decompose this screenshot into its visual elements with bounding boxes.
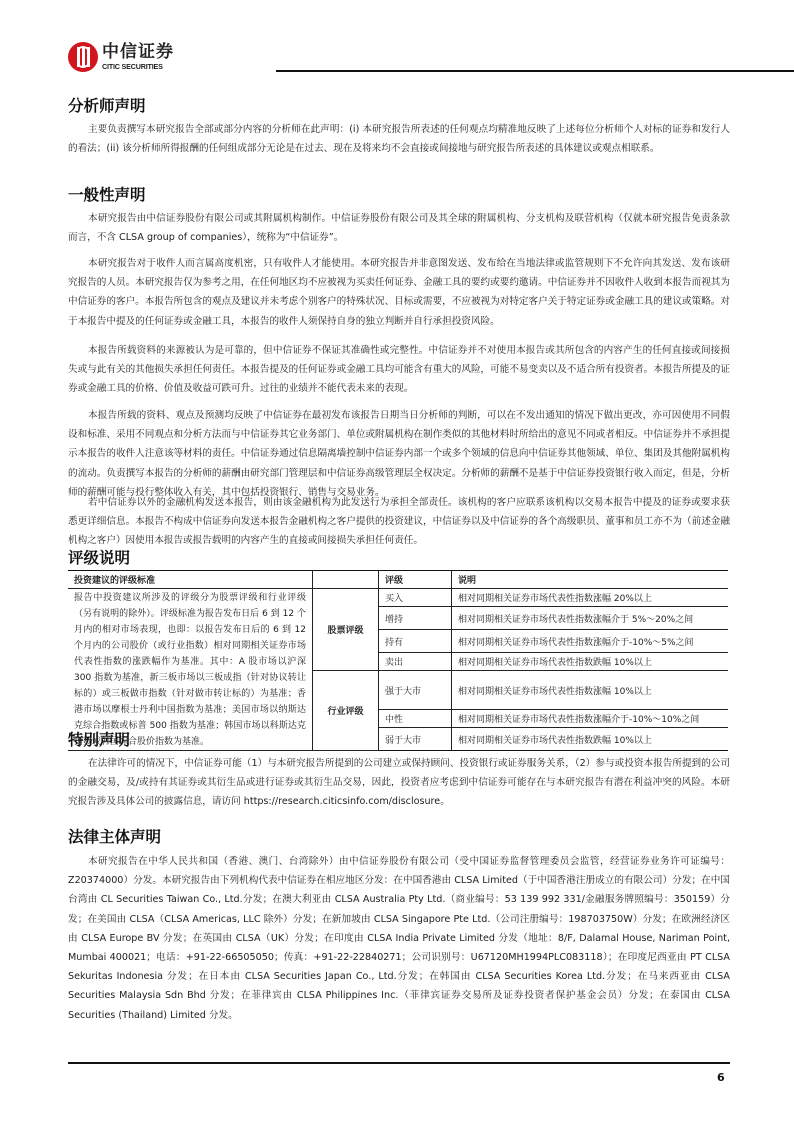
- section-title-rating: 评级说明: [68, 546, 130, 568]
- paragraph: 本研究报告在中华人民共和国（香港、澳门、台湾除外）由中信证券股份有限公司（受中国…: [68, 852, 730, 1025]
- citic-logo: 中信证券 CITIC SECURITIES: [68, 40, 174, 74]
- rating-value: 持有: [379, 630, 452, 653]
- table-header: 投资建议的评级标准: [68, 571, 313, 589]
- rating-description: 相对同期相关证券市场代表性指数跌幅 10%以上: [452, 653, 729, 671]
- rating-value: 强于大市: [379, 671, 452, 710]
- rating-criteria-text: 报告中投资建议所涉及的评级分为股票评级和行业评级（另有说明的除外）。评级标准为报…: [68, 589, 313, 751]
- rating-description: 相对同期相关证券市场代表性指数涨幅介于-10%～10%之间: [452, 710, 729, 728]
- table-header: 评级: [379, 571, 452, 589]
- citic-logo-icon: [68, 42, 98, 72]
- section-title-analyst: 分析师声明: [68, 94, 146, 116]
- section-title-special: 特别声明: [68, 728, 130, 750]
- rating-description: 相对同期相关证券市场代表性指数跌幅 10%以上: [452, 728, 729, 751]
- footer-divider: [68, 1062, 730, 1064]
- logo-english-name: CITIC SECURITIES: [102, 63, 174, 70]
- paragraph: 本报告所载资料的来源被认为是可靠的，但中信证券不保证其准确性或完整性。中信证券并…: [68, 341, 730, 399]
- paragraph: 若中信证券以外的金融机构发送本报告，则由该金融机构为此发送行为承担全部责任。该机…: [68, 493, 730, 551]
- table-header-row: 投资建议的评级标准 评级 说明: [68, 571, 728, 589]
- paragraph: 在法律许可的情况下，中信证券可能（1）与本研究报告所提到的公司建立或保持顾问、投…: [68, 754, 730, 812]
- logo-chinese-name: 中信证券: [102, 44, 174, 61]
- rating-group-label: 股票评级: [313, 589, 379, 671]
- table-header: [313, 571, 379, 589]
- rating-value: 增持: [379, 607, 452, 630]
- rating-description: 相对同期相关证券市场代表性指数涨幅介于 5%～20%之间: [452, 607, 729, 630]
- rating-value: 中性: [379, 710, 452, 728]
- rating-description: 相对同期相关证券市场代表性指数涨幅 20%以上: [452, 589, 729, 607]
- paragraph: 主要负责撰写本研究报告全部或部分内容的分析师在此声明：(i) 本研究报告所表述的…: [68, 120, 730, 158]
- rating-description: 相对同期相关证券市场代表性指数涨幅 10%以上: [452, 671, 729, 710]
- table-row: 报告中投资建议所涉及的评级分为股票评级和行业评级（另有说明的除外）。评级标准为报…: [68, 589, 728, 607]
- header-divider: [276, 70, 794, 72]
- page-number: 6: [717, 1071, 725, 1084]
- paragraph: 本研究报告由中信证券股份有限公司或其附属机构制作。中信证券股份有限公司及其全球的…: [68, 209, 730, 247]
- rating-value: 弱于大市: [379, 728, 452, 751]
- page-header: 中信证券 CITIC SECURITIES: [68, 40, 730, 76]
- rating-group-label: 行业评级: [313, 671, 379, 751]
- table-header: 说明: [452, 571, 729, 589]
- paragraph: 本报告所载的资料、观点及预测均反映了中信证券在最初发布该报告日期当日分析师的判断…: [68, 406, 730, 502]
- rating-value: 买入: [379, 589, 452, 607]
- rating-value: 卖出: [379, 653, 452, 671]
- rating-table: 投资建议的评级标准 评级 说明 报告中投资建议所涉及的评级分为股票评级和行业评级…: [68, 570, 728, 751]
- section-title-general: 一般性声明: [68, 183, 146, 205]
- paragraph: 本研究报告对于收件人而言属高度机密，只有收件人才能使用。本研究报告并非意图发送、…: [68, 254, 730, 331]
- rating-description: 相对同期相关证券市场代表性指数涨幅介于-10%～5%之间: [452, 630, 729, 653]
- section-title-legal: 法律主体声明: [68, 825, 161, 847]
